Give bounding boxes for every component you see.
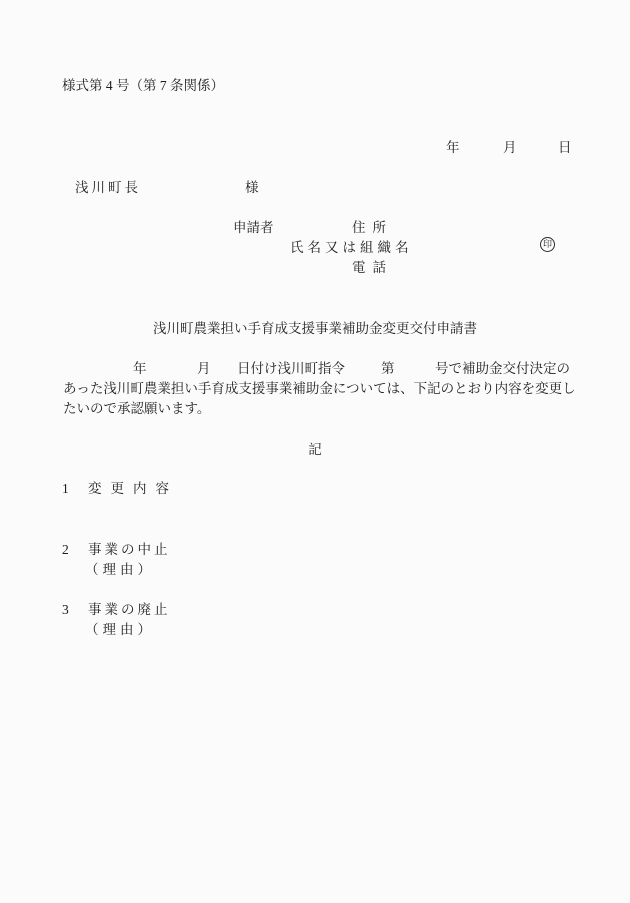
body-line-2: あった浅川町農業担い手育成支援事業補助金については、下記のとおり内容を変更し bbox=[63, 381, 576, 396]
addressee-honorific: 様 bbox=[245, 180, 259, 195]
item-2-reason-label: （理由） bbox=[85, 562, 155, 577]
record-marker: 記 bbox=[0, 442, 630, 457]
body-line-3: たいので承認願います。 bbox=[63, 401, 210, 416]
body-date-clause: 日付け浅川町指令 bbox=[237, 361, 345, 376]
item-2-label: 事業の中止 bbox=[88, 542, 171, 557]
applicant-label: 申請者 bbox=[233, 220, 274, 235]
body-year-label: 年 bbox=[133, 361, 147, 376]
item-3-label: 事業の廃止 bbox=[88, 602, 171, 617]
body-number-clause: 号で補助金交付決定の bbox=[435, 361, 570, 376]
applicant-name-label: 氏名又は組織名 bbox=[290, 240, 413, 255]
date-year-label: 年 bbox=[446, 140, 460, 155]
document-page: 様式第 4 号（第 7 条関係） 年 月 日 浅川町長 様 申請者 住所 氏名又… bbox=[0, 0, 630, 903]
document-title: 浅川町農業担い手育成支援事業補助金変更交付申請書 bbox=[0, 321, 630, 336]
form-number: 様式第 4 号（第 7 条関係） bbox=[62, 78, 224, 93]
item-3-reason-label: （理由） bbox=[85, 622, 155, 637]
applicant-address-label: 住所 bbox=[352, 220, 393, 235]
item-2-number: 2 bbox=[62, 542, 69, 557]
date-month-label: 月 bbox=[503, 140, 517, 155]
date-day-label: 日 bbox=[558, 140, 572, 155]
body-month-label: 月 bbox=[197, 361, 211, 376]
seal-icon: 印 bbox=[540, 237, 555, 252]
item-3-number: 3 bbox=[62, 602, 69, 617]
addressee-name: 浅川町長 bbox=[75, 180, 141, 195]
applicant-phone-label: 電話 bbox=[352, 260, 393, 275]
item-1-label: 変更内容 bbox=[88, 481, 178, 496]
body-number-prefix: 第 bbox=[381, 361, 395, 376]
item-1-number: 1 bbox=[62, 481, 69, 496]
